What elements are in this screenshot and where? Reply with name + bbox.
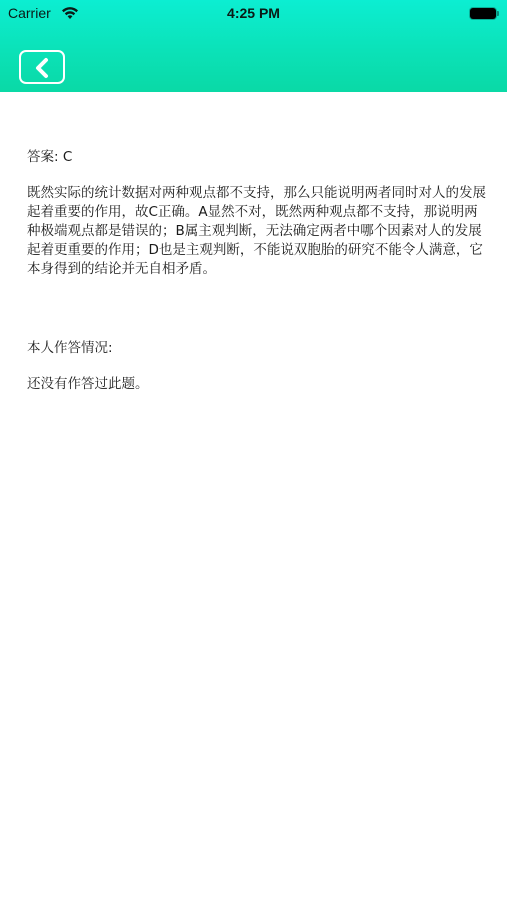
my-answer-value: 还没有作答过此题。 <box>27 375 487 394</box>
battery-tip <box>497 11 499 16</box>
explanation-text: 既然实际的统计数据对两种观点都不支持，那么只能说明两者同时对人的发展起着重要的作… <box>27 184 487 279</box>
answer-text: 答案: C <box>27 148 487 167</box>
status-time: 4:25 PM <box>0 5 507 21</box>
status-bar: Carrier 4:25 PM <box>0 0 507 28</box>
my-answer-label: 本人作答情况: <box>27 339 487 358</box>
back-button[interactable] <box>19 50 65 84</box>
chevron-left-icon <box>33 57 51 79</box>
battery-icon <box>470 8 496 19</box>
header-bar: Carrier 4:25 PM <box>0 0 507 92</box>
answer-content: 答案: C 既然实际的统计数据对两种观点都不支持，那么只能说明两者同时对人的发展… <box>27 148 487 394</box>
